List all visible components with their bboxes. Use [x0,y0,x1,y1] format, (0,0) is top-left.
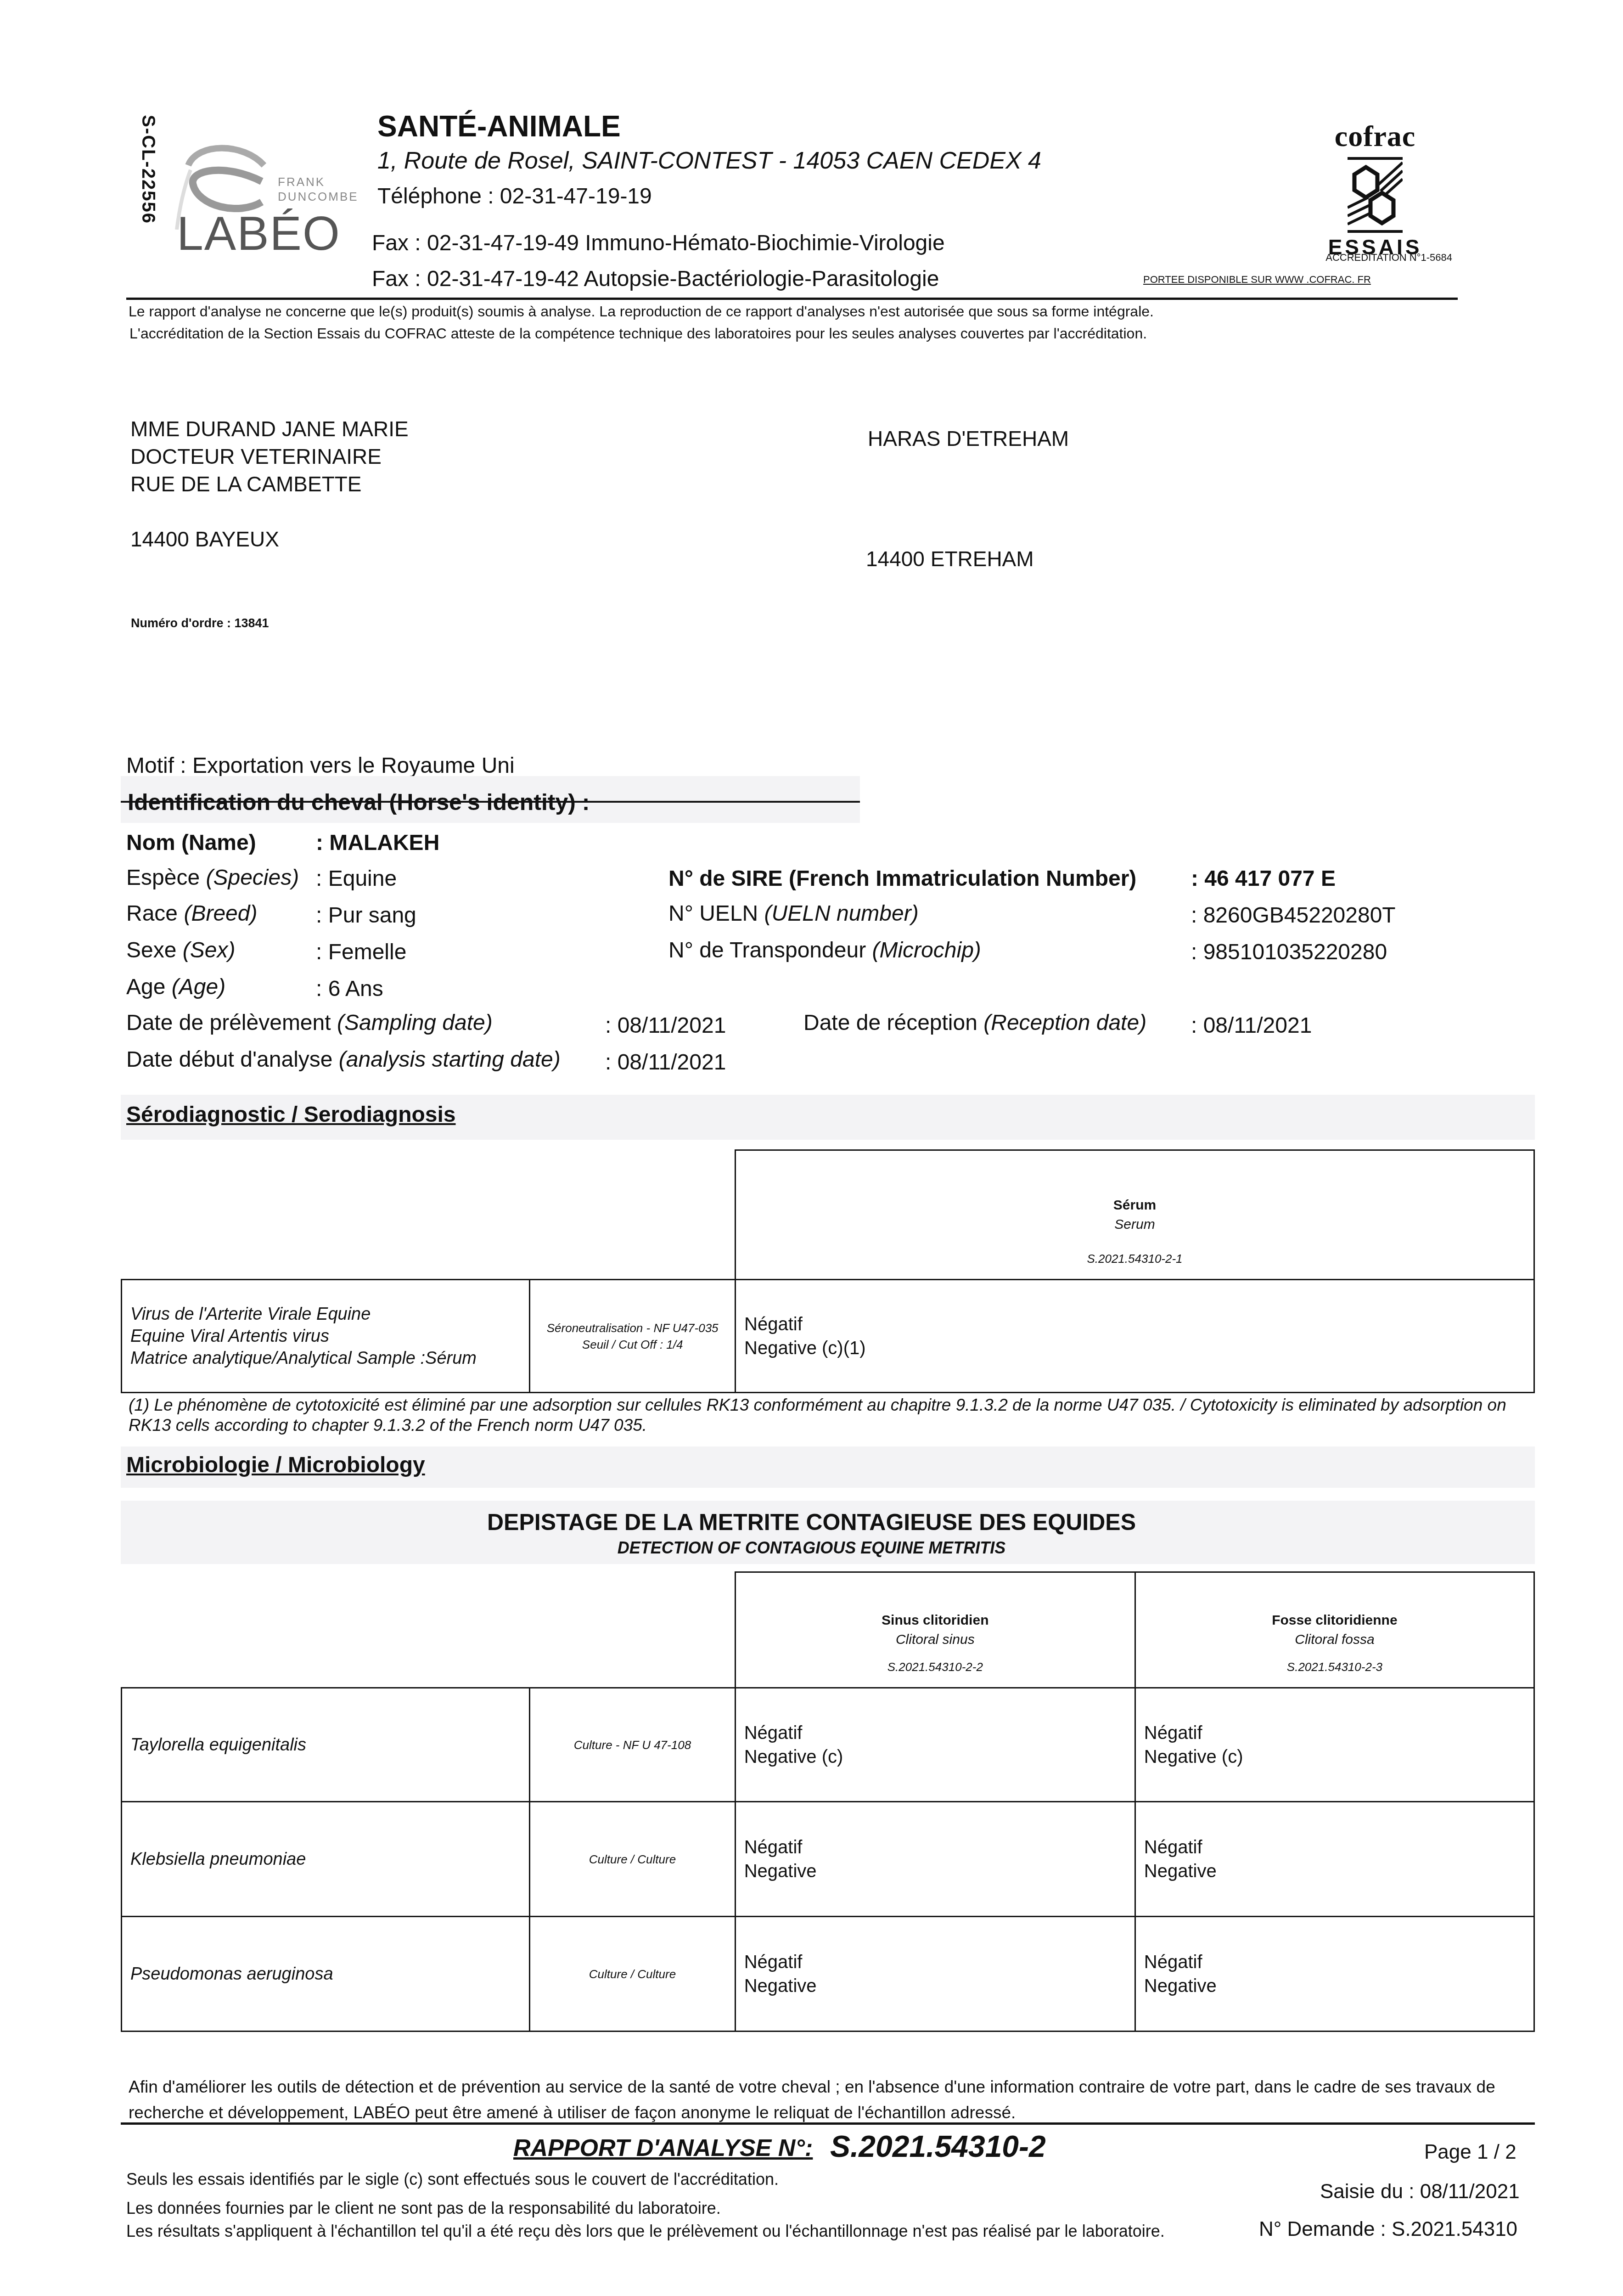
ueln-value: : 8260GB45220280T [1191,903,1396,928]
entry-date: Saisie du : 08/11/2021 [1320,2180,1520,2203]
method-cell: Culture / Culture [530,1802,736,1917]
owner-name: HARAS D'ETREHAM [868,426,1069,451]
name-value: : MALAKEH [316,830,439,855]
order-number: Numéro d'ordre : 13841 [131,616,269,630]
reception-date-value: : 08/11/2021 [1191,1013,1312,1038]
recipient-city: 14400 BAYEUX [130,527,279,551]
species-label: Espèce (Species) [126,865,299,890]
cem-subtitle: DETECTION OF CONTAGIOUS EQUINE METRITIS [0,1538,1623,1558]
table-row: Virus de l'Arterite Virale Equine Equine… [122,1280,1534,1393]
result-cell: NégatifNegative [735,1802,1135,1917]
table-row: Taylorella equigenitalis Culture - NF U … [122,1688,1534,1802]
cofrac-scope-link[interactable]: PORTEE DISPONIBLE SUR WWW .COFRAC. FR [1143,274,1371,286]
age-label: Age (Age) [126,974,225,1000]
serology-section-title: Sérodiagnostic / Serodiagnosis [126,1102,456,1127]
breed-label: Race (Breed) [126,901,257,926]
microchip-value: : 985101035220280 [1191,940,1387,965]
recipient-name: MME DURAND JANE MARIE [130,416,409,441]
serology-table: Sérum Serum S.2021.54310-2-1 Virus de l'… [121,1149,1535,1393]
sampling-date-value: : 08/11/2021 [605,1013,726,1038]
analysis-start-value: : 08/11/2021 [605,1050,726,1075]
motif: Motif : Exportation vers le Royaume Uni [126,753,515,778]
analysis-start-label: Date début d'analyse (analysis starting … [126,1047,561,1072]
sample-code: S.2021.54310-2-1 [736,1252,1533,1266]
recipient-street: RUE DE LA CAMBETTE [130,472,362,496]
sample-code: S.2021.54310-2-3 [1136,1660,1533,1674]
cofrac-brand: cofrac [1299,119,1451,153]
lab-fax-2: Fax : 02-31-47-19-42 Autopsie-Bactériolo… [372,266,939,292]
lab-name: SANTÉ-ANIMALE [377,109,621,143]
research-notice: Afin d'améliorer les outils de détection… [129,2074,1533,2126]
result-cell: NégatifNegative (c) [735,1688,1135,1802]
owner-city: 14400 ETREHAM [866,546,1034,571]
reception-date-label: Date de réception (Reception date) [803,1010,1146,1035]
microchip-label: N° de Transpondeur (Microchip) [668,938,981,963]
table-row: Pseudomonas aeruginosa Culture / Culture… [122,1917,1534,2032]
method-cell: Culture / Culture [530,1917,736,2032]
ueln-label: N° UELN (UELN number) [668,901,919,926]
agent-cell: Taylorella equigenitalis [122,1688,530,1802]
fossa-column-header: Fosse clitoridienne Clitoral fossa S.202… [1135,1572,1534,1688]
microbiology-table: Sinus clitoridien Clitoral sinus S.2021.… [121,1571,1535,2032]
agent-cell: Pseudomonas aeruginosa [122,1917,530,2032]
lab-fax-1: Fax : 02-31-47-19-49 Immuno-Hémato-Bioch… [372,231,945,256]
table-row: Klebsiella pneumoniae Culture / Culture … [122,1802,1534,1917]
sire-value: : 46 417 077 E [1191,866,1336,891]
accreditation-number: ACCREDITATION N°1-5684 [1276,252,1452,264]
age-value: : 6 Ans [316,976,383,1002]
logo-name: LABÉO [177,207,341,261]
method-cell: Culture - NF U 47-108 [530,1688,736,1802]
report-number: S.2021.54310-2 [830,2129,1046,2164]
disclaimer-line-1: Le rapport d'analyse ne concerne que le(… [129,303,1154,320]
lab-phone: Téléphone : 02-31-47-19-19 [377,184,652,209]
name-label: Nom (Name) [126,830,256,855]
disclaimer-line-2: L'accréditation de la Section Essais du … [129,325,1147,342]
breed-value: : Pur sang [316,903,416,928]
logo-subtitle: FRANK DUNCOMBE [278,174,359,204]
microbiology-section-title: Microbiologie / Microbiology [126,1452,425,1478]
agent-cell: Virus de l'Arterite Virale Equine Equine… [122,1280,530,1393]
client-data-note: Les données fournies par le client ne so… [126,2199,721,2218]
result-cell: NégatifNegative [1135,1802,1534,1917]
sampling-date-label: Date de prélèvement (Sampling date) [126,1010,493,1035]
serology-footnote: (1) Le phénomène de cytotoxicité est éli… [129,1395,1529,1435]
document-code-vertical: S-CL-22556 [138,115,158,224]
accreditation-note: Seuls les essais identifiés par le sigle… [126,2170,779,2189]
cofrac-logo: cofrac ESSAIS [1299,119,1451,259]
lab-address: 1, Route de Rosel, SAINT-CONTEST - 14053… [377,147,1041,174]
serum-column-header: Sérum Serum S.2021.54310-2-1 [736,1150,1534,1280]
sex-value: : Femelle [316,940,406,965]
identity-title-rule [121,801,860,803]
result-cell: NégatifNegative [1135,1917,1534,2032]
sire-label: N° de SIRE (French Immatriculation Numbe… [668,866,1136,891]
labeo-logo: FRANK DUNCOMBE LABÉO [170,142,367,262]
cofrac-hexagon-icon [1348,157,1403,233]
page-number: Page 1 / 2 [1424,2141,1516,2164]
sample-code: S.2021.54310-2-2 [736,1660,1134,1674]
header-divider [126,298,1458,300]
agent-cell: Klebsiella pneumoniae [122,1802,530,1917]
species-value: : Equine [316,866,397,891]
recipient-title: DOCTEUR VETERINAIRE [130,444,382,469]
request-number: N° Demande : S.2021.54310 [1259,2218,1517,2241]
report-label: RAPPORT D'ANALYSE N°: [513,2134,813,2162]
footer-divider [121,2122,1535,2125]
sex-label: Sexe (Sex) [126,938,235,963]
sinus-column-header: Sinus clitoridien Clitoral sinus S.2021.… [735,1572,1135,1688]
cem-title: DEPISTAGE DE LA METRITE CONTAGIEUSE DES … [0,1509,1623,1536]
method-cell: Séroneutralisation - NF U47-035 Seuil / … [530,1280,736,1393]
result-cell: NégatifNegative (c) [1135,1688,1534,1802]
result-cell: Négatif Negative (c)(1) [736,1280,1534,1393]
result-cell: NégatifNegative [735,1917,1135,2032]
results-scope-note: Les résultats s'appliquent à l'échantill… [126,2222,1165,2241]
